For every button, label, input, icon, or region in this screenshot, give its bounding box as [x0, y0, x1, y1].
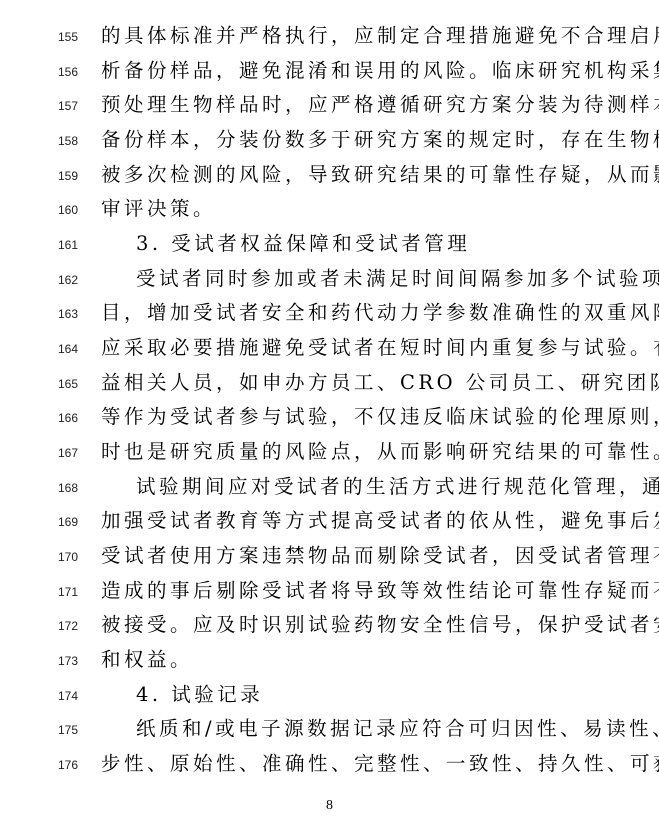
line-number: 166 — [58, 411, 88, 425]
line-number: 163 — [58, 307, 88, 321]
line-number: 159 — [58, 169, 88, 183]
line-number: 173 — [58, 654, 88, 668]
line-text: 预处理生物样品时，应严格遵循研究方案分装为待测样本和 — [101, 91, 561, 119]
line-text: 等作为受试者参与试验，不仅违反临床试验的伦理原则，同 — [101, 403, 561, 431]
line-number: 161 — [58, 238, 88, 252]
text-line: 1744. 试验记录 — [0, 681, 659, 715]
text-line: 171造成的事后剔除受试者将导致等效性结论可靠性存疑而不 — [0, 577, 659, 611]
text-line: 164应采取必要措施避免受试者在短时间内重复参与试验。有利 — [0, 334, 659, 368]
text-line: 160审评决策。 — [0, 195, 659, 229]
text-line: 168试验期间应对受试者的生活方式进行规范化管理，通过 — [0, 473, 659, 507]
text-line: 158备份样本，分装份数多于研究方案的规定时，存在生物样本 — [0, 126, 659, 160]
text-line: 156析备份样品，避免混淆和误用的风险。临床研究机构采集或 — [0, 57, 659, 91]
text-line: 169加强受试者教育等方式提高受试者的依从性，避免事后发现 — [0, 507, 659, 541]
line-text: 受试者同时参加或者未满足时间间隔参加多个试验项 — [136, 265, 561, 293]
line-number: 157 — [58, 99, 88, 113]
line-text: 试验期间应对受试者的生活方式进行规范化管理，通过 — [136, 473, 561, 501]
line-number: 167 — [58, 446, 88, 460]
line-number: 172 — [58, 619, 88, 633]
line-text: 应采取必要措施避免受试者在短时间内重复参与试验。有利 — [101, 334, 561, 362]
line-text: 备份样本，分装份数多于研究方案的规定时，存在生物样本 — [101, 126, 561, 154]
line-number: 176 — [58, 758, 88, 772]
line-number: 170 — [58, 550, 88, 564]
line-text: 受试者使用方案违禁物品而剔除受试者，因受试者管理不当 — [101, 542, 561, 570]
line-number: 162 — [58, 273, 88, 287]
line-number: 171 — [58, 585, 88, 599]
line-number: 164 — [58, 342, 88, 356]
text-line: 162受试者同时参加或者未满足时间间隔参加多个试验项 — [0, 265, 659, 299]
text-line: 175纸质和/或电子源数据记录应符合可归因性、易读性、同 — [0, 715, 659, 749]
line-number: 168 — [58, 481, 88, 495]
line-text: 步性、原始性、准确性、完整性、一致性、持久性、可获得 — [101, 750, 561, 778]
line-text: 被接受。应及时识别试验药物安全性信号，保护受试者安全 — [101, 611, 561, 639]
line-number: 155 — [58, 30, 88, 44]
line-number: 175 — [58, 723, 88, 737]
text-line: 166等作为受试者参与试验，不仅违反临床试验的伦理原则，同 — [0, 403, 659, 437]
text-line: 157预处理生物样品时，应严格遵循研究方案分装为待测样本和 — [0, 91, 659, 125]
line-text: 析备份样品，避免混淆和误用的风险。临床研究机构采集或 — [101, 57, 561, 85]
line-text: 目，增加受试者安全和药代动力学参数准确性的双重风险。 — [101, 299, 561, 327]
line-text: 的具体标准并严格执行，应制定合理措施避免不合理启用分 — [101, 22, 561, 50]
line-number: 169 — [58, 515, 88, 529]
line-text: 4. 试验记录 — [136, 681, 561, 709]
line-text: 3. 受试者权益保障和受试者管理 — [136, 230, 561, 258]
text-line: 172被接受。应及时识别试验药物安全性信号，保护受试者安全 — [0, 611, 659, 645]
line-text: 加强受试者教育等方式提高受试者的依从性，避免事后发现 — [101, 507, 561, 535]
text-line: 155的具体标准并严格执行，应制定合理措施避免不合理启用分 — [0, 22, 659, 56]
line-text: 时也是研究质量的风险点，从而影响研究结果的可靠性。 — [101, 438, 561, 466]
text-line: 159被多次检测的风险，导致研究结果的可靠性存疑，从而影响 — [0, 161, 659, 195]
text-line: 170受试者使用方案违禁物品而剔除受试者，因受试者管理不当 — [0, 542, 659, 576]
text-line: 173和权益。 — [0, 646, 659, 680]
text-line: 176步性、原始性、准确性、完整性、一致性、持久性、可获得 — [0, 750, 659, 784]
line-text: 纸质和/或电子源数据记录应符合可归因性、易读性、同 — [136, 715, 561, 743]
line-number: 174 — [58, 689, 88, 703]
line-text: 被多次检测的风险，导致研究结果的可靠性存疑，从而影响 — [101, 161, 561, 189]
line-number: 165 — [58, 377, 88, 391]
document-page: 155的具体标准并严格执行，应制定合理措施避免不合理启用分156析备份样品，避免… — [0, 0, 659, 830]
line-number: 156 — [58, 65, 88, 79]
text-line: 163目，增加受试者安全和药代动力学参数准确性的双重风险。 — [0, 299, 659, 333]
text-line: 165益相关人员，如申办方员工、CRO 公司员工、研究团队成员 — [0, 369, 659, 403]
line-text: 益相关人员，如申办方员工、CRO 公司员工、研究团队成员 — [101, 369, 561, 397]
line-text: 和权益。 — [101, 646, 561, 674]
text-line: 1613. 受试者权益保障和受试者管理 — [0, 230, 659, 264]
line-number: 158 — [58, 134, 88, 148]
page-number: 8 — [0, 798, 659, 814]
text-line: 167时也是研究质量的风险点，从而影响研究结果的可靠性。 — [0, 438, 659, 472]
line-text: 审评决策。 — [101, 195, 561, 223]
line-text: 造成的事后剔除受试者将导致等效性结论可靠性存疑而不 — [101, 577, 561, 605]
line-number: 160 — [58, 203, 88, 217]
